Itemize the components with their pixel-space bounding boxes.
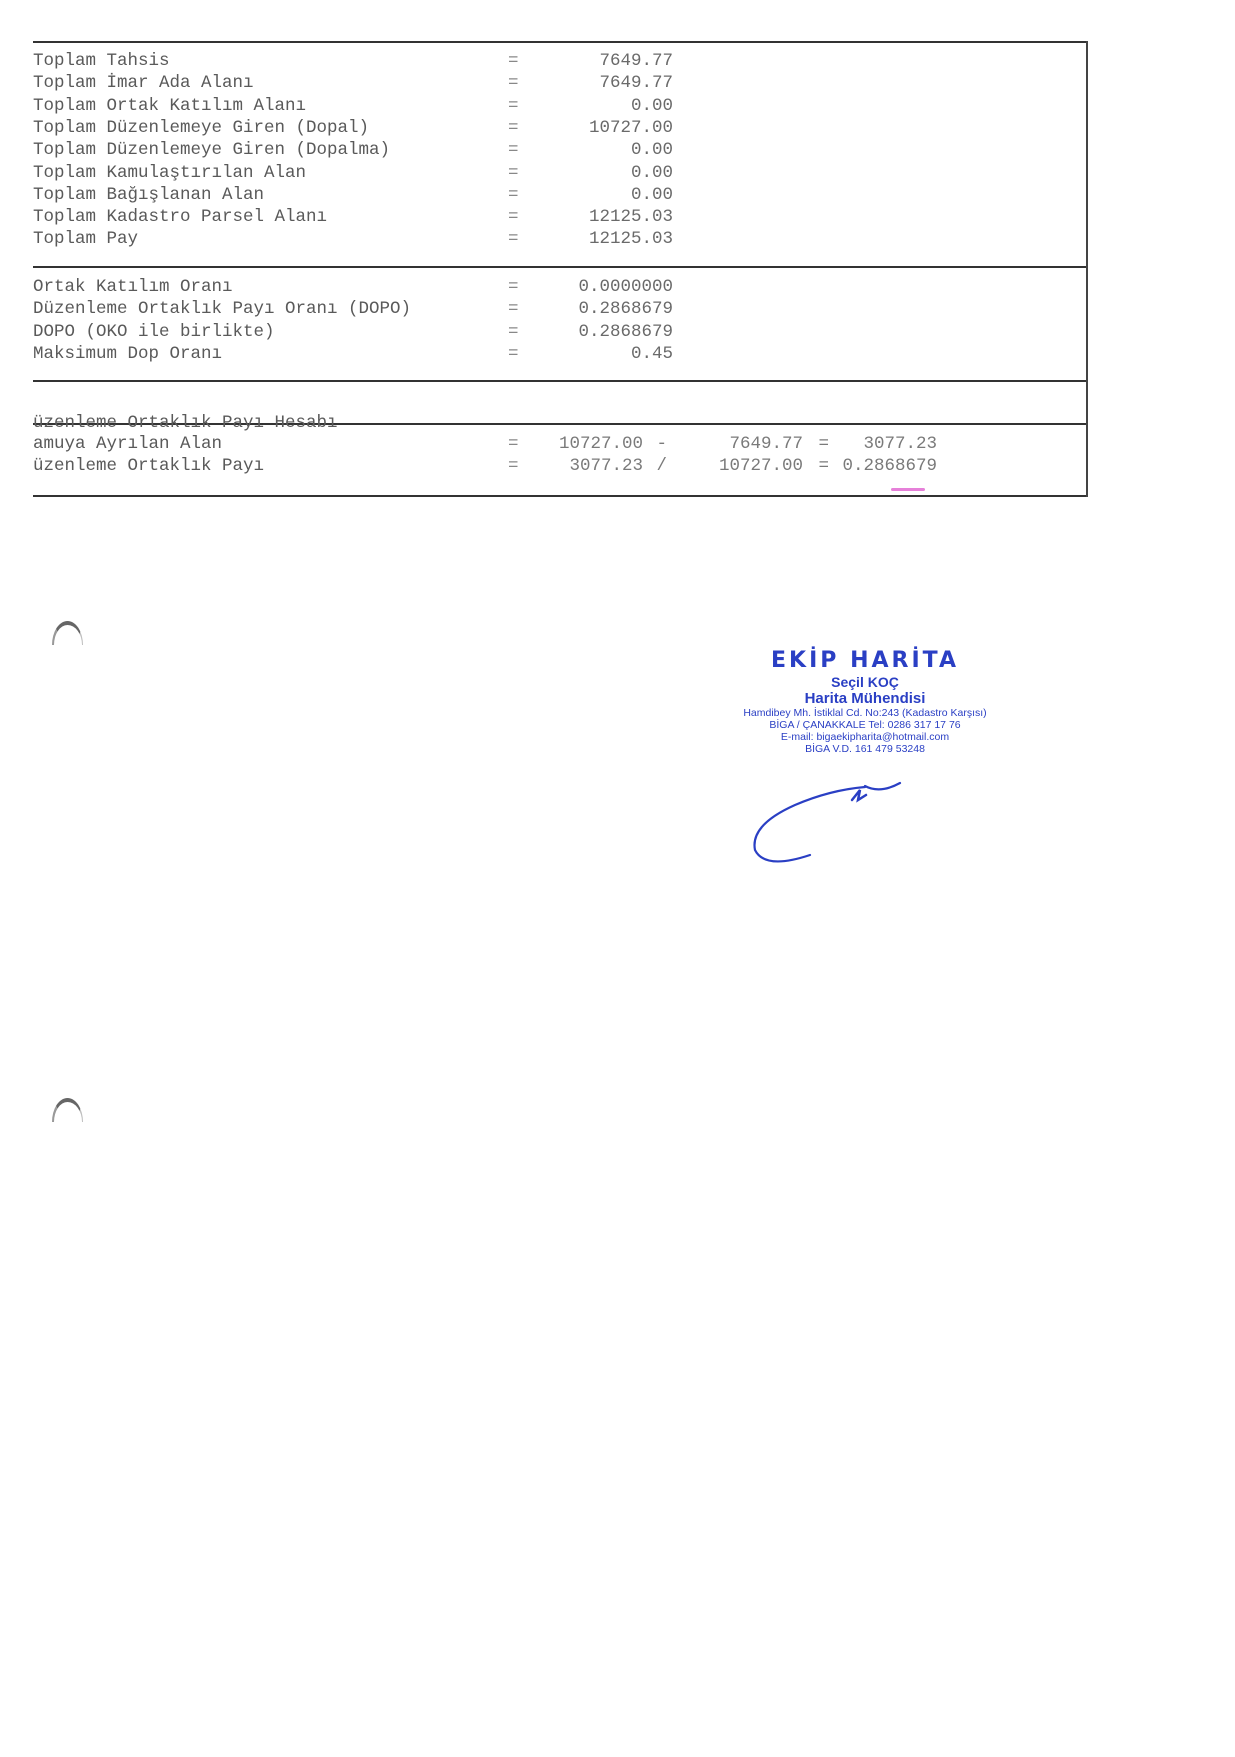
row-value: 0.00 bbox=[543, 162, 673, 184]
row-label: Toplam Düzenlemeye Giren (Dopal) bbox=[33, 117, 369, 139]
row-label: Toplam Tahsis bbox=[33, 50, 170, 72]
punch-hole-mark bbox=[52, 621, 83, 645]
equals-sign: = bbox=[508, 276, 519, 298]
operator: - bbox=[643, 433, 667, 455]
highlighter-mark bbox=[891, 488, 925, 491]
row-value: 10727.00 bbox=[543, 117, 673, 139]
operator: / bbox=[643, 455, 667, 477]
stamp-address: Hamdibey Mh. İstiklal Cd. No:243 (Kadast… bbox=[725, 707, 1005, 719]
equals-sign: = bbox=[508, 184, 519, 206]
signature bbox=[740, 770, 920, 870]
calculation-heading: üzenleme Ortaklık Payı Hesabı bbox=[33, 412, 338, 434]
row-calculation: 3077.23/10727.00=0.2868679 bbox=[543, 455, 937, 477]
row-label: Toplam Kadastro Parsel Alanı bbox=[33, 206, 327, 228]
stamp-city-phone: BİGA / ÇANAKKALE Tel: 0286 317 17 76 bbox=[725, 719, 1005, 731]
stamp-name: Seçil KOÇ bbox=[725, 674, 1005, 690]
row-value: 0.45 bbox=[543, 343, 673, 365]
equals-sign: = bbox=[508, 50, 519, 72]
row-value: 7649.77 bbox=[543, 50, 673, 72]
equals-sign: = bbox=[508, 95, 519, 117]
equals-sign: = bbox=[508, 298, 519, 320]
equals-sign: = bbox=[508, 343, 519, 365]
operand-a: 3077.23 bbox=[543, 455, 643, 477]
equals-sign: = bbox=[508, 455, 519, 477]
row-value: 12125.03 bbox=[543, 206, 673, 228]
row-value: 7649.77 bbox=[543, 72, 673, 94]
row-label: Ortak Katılım Oranı bbox=[33, 276, 233, 298]
row-value: 0.00 bbox=[543, 95, 673, 117]
stamp-title: Harita Mühendisi bbox=[725, 690, 1005, 707]
row-value: 0.0000000 bbox=[543, 276, 673, 298]
row-value: 0.00 bbox=[543, 139, 673, 161]
equals-sign: = bbox=[508, 117, 519, 139]
equals-sign: = bbox=[508, 228, 519, 250]
table-bottom-rule bbox=[33, 495, 1088, 497]
equals-sign: = bbox=[508, 162, 519, 184]
company-stamp: EKİP HARİTA Seçil KOÇ Harita Mühendisi H… bbox=[725, 648, 1005, 755]
section-divider bbox=[33, 266, 1088, 268]
operand-b: 10727.00 bbox=[667, 455, 803, 477]
row-label: Toplam İmar Ada Alanı bbox=[33, 72, 254, 94]
table-top-rule bbox=[33, 41, 1088, 43]
operand-b: 7649.77 bbox=[667, 433, 803, 455]
equals-sign: = bbox=[508, 206, 519, 228]
row-value: 0.2868679 bbox=[543, 298, 673, 320]
row-label: DOPO (OKO ile birlikte) bbox=[33, 321, 275, 343]
row-label: Toplam Kamulaştırılan Alan bbox=[33, 162, 306, 184]
row-value: 12125.03 bbox=[543, 228, 673, 250]
row-label: amuya Ayrılan Alan bbox=[33, 433, 222, 455]
result-value: 0.2868679 bbox=[829, 455, 937, 477]
stamp-email: E-mail: bigaekipharita@hotmail.com bbox=[725, 731, 1005, 743]
operand-a: 10727.00 bbox=[543, 433, 643, 455]
stamp-tax: BİGA V.D. 161 479 53248 bbox=[725, 743, 1005, 755]
row-label: Toplam Bağışlanan Alan bbox=[33, 184, 264, 206]
calculation-heading-row: üzenleme Ortaklık Payı Hesabı bbox=[33, 390, 75, 412]
table-right-border bbox=[1086, 41, 1088, 497]
punch-hole-mark bbox=[52, 1098, 83, 1122]
row-calculation: 10727.00-7649.77=3077.23 bbox=[543, 433, 937, 455]
row-label: Toplam Düzenlemeye Giren (Dopalma) bbox=[33, 139, 390, 161]
equals-sign: = bbox=[508, 321, 519, 343]
equals-sign: = bbox=[803, 455, 829, 477]
equals-sign: = bbox=[508, 433, 519, 455]
row-label: Toplam Ortak Katılım Alanı bbox=[33, 95, 306, 117]
section-divider bbox=[33, 380, 1088, 382]
equals-sign: = bbox=[508, 72, 519, 94]
equals-sign: = bbox=[508, 139, 519, 161]
row-value: 0.00 bbox=[543, 184, 673, 206]
stamp-company: EKİP HARİTA bbox=[725, 648, 1005, 674]
row-label: Toplam Pay bbox=[33, 228, 138, 250]
result-value: 3077.23 bbox=[829, 433, 937, 455]
row-label: Düzenleme Ortaklık Payı Oranı (DOPO) bbox=[33, 298, 411, 320]
row-value: 0.2868679 bbox=[543, 321, 673, 343]
row-label: üzenleme Ortaklık Payı bbox=[33, 455, 264, 477]
row-label: Maksimum Dop Oranı bbox=[33, 343, 222, 365]
equals-sign: = bbox=[803, 433, 829, 455]
